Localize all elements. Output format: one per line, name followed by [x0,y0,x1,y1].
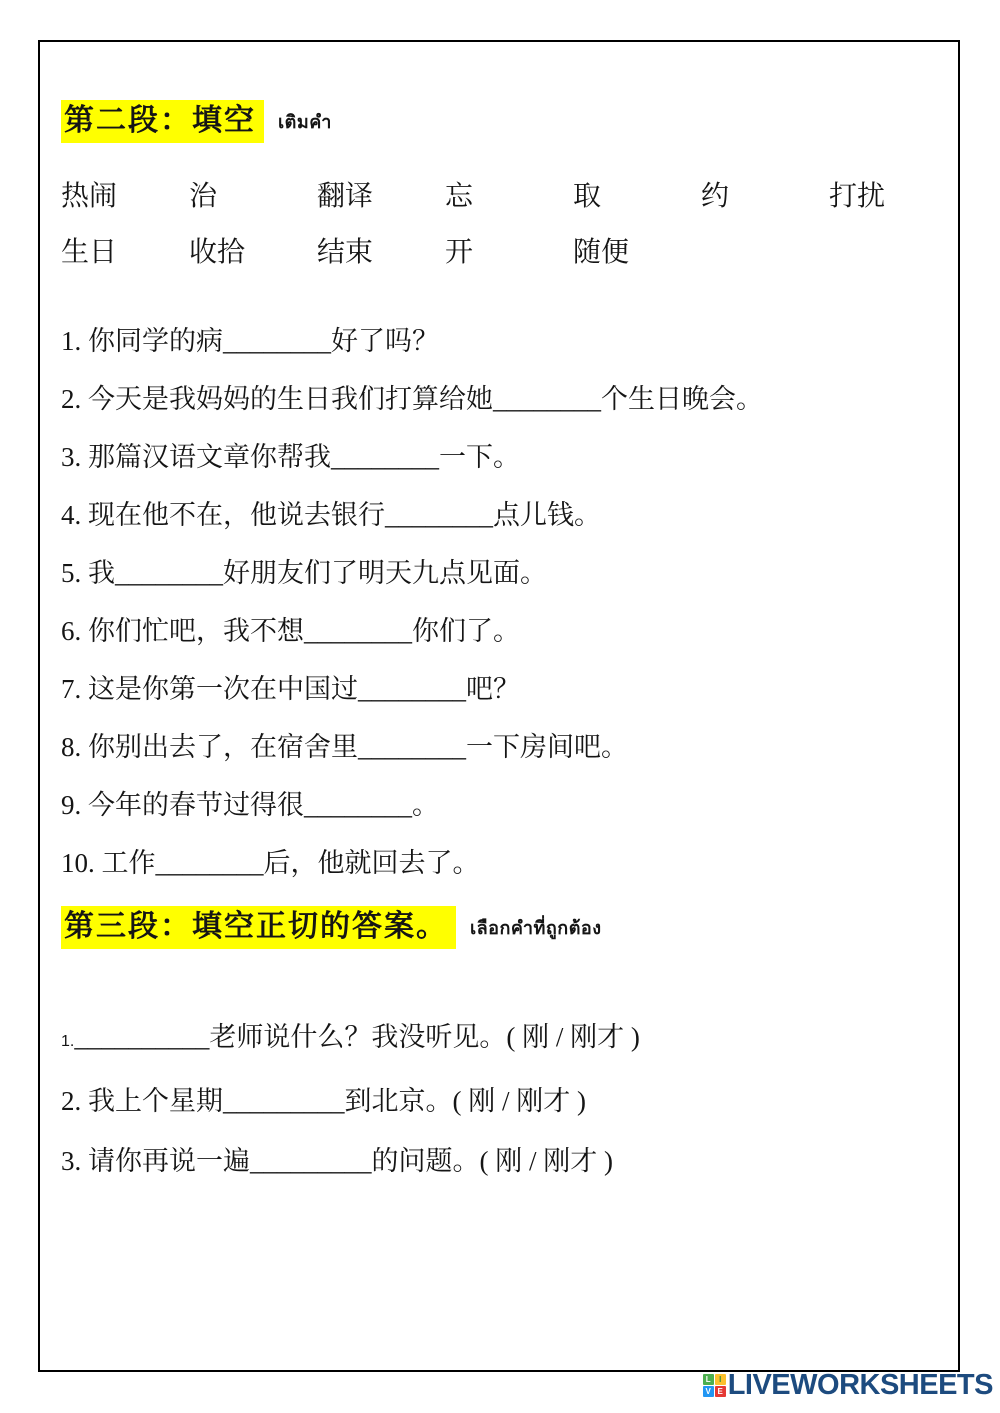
logo-square-l: L [703,1374,714,1385]
word-bank: 热闹 治 翻译 忘 取 约 打扰 生日 收拾 结束 开 随便 [61,169,940,281]
word-bank-item: 生日 [61,225,182,281]
question-line: 7. 这是你第一次在中国过________吧？ [61,673,940,706]
question-line: 9. 今年的春节过得很________。 [61,789,940,822]
question-text: 请你再说一遍_________的问题。( 刚 / 刚才 ) [81,1146,613,1176]
question-text: __________老师说什么？我没听见。( 刚 / 刚才 ) [74,1022,639,1052]
word-bank-item: 打扰 [829,169,885,225]
question-line: 1. 你同学的病________好了吗？ [61,325,940,358]
liveworksheets-logo: L I V E LIVEWORKSHEETS [703,1369,993,1402]
logo-square-v: V [703,1386,714,1397]
question-line: 6. 你们忙吧，我不想________你们了。 [61,615,940,648]
logo-square-i: I [715,1374,726,1385]
word-bank-item: 开 [445,225,566,281]
page-content: 第二段：填空 เติมคำ 热闹 治 翻译 忘 取 约 打扰 生日 收拾 结束 [40,42,958,1178]
section2-heading: 第二段：填空 [61,100,264,143]
question-line: 2. 今天是我妈妈的生日我们打算给她________个生日晚会。 [61,383,940,416]
logo-square-e: E [715,1386,726,1397]
question-line: 8. 你别出去了，在宿舍里________一下房间吧。 [61,731,940,764]
question-line: 10. 工作________后，他就回去了。 [61,847,940,880]
word-bank-item: 热闹 [61,169,182,225]
liveworksheets-logo-icon: L I V E [703,1374,726,1397]
question-line: 3. 那篇汉语文章你帮我________一下。 [61,441,940,474]
section3-heading: 第三段：填空正切的答案。 [61,906,456,949]
word-bank-item: 翻译 [317,169,438,225]
word-bank-item: 结束 [317,225,438,281]
question-number: 1. [61,1033,74,1050]
liveworksheets-logo-text: LIVEWORKSHEETS [728,1369,993,1402]
section3-heading-thai: เลือกคำที่ถูกต้อง [470,913,602,949]
question-line: 1.__________老师说什么？我没听见。( 刚 / 刚才 ) [61,1021,940,1058]
word-bank-item: 治 [189,169,310,225]
section2-heading-thai: เติมคำ [278,107,332,143]
section2-questions: 1. 你同学的病________好了吗？ 2. 今天是我妈妈的生日我们打算给她_… [61,325,940,880]
question-text: 我上个星期_________到北京。( 刚 / 刚才 ) [81,1086,586,1116]
section3-heading-row: 第三段：填空正切的答案。 เลือกคำที่ถูกต้อง [61,906,940,949]
worksheet-page: 第二段：填空 เติมคำ 热闹 治 翻译 忘 取 约 打扰 生日 收拾 结束 [0,0,1000,1413]
question-line: 4. 现在他不在，他说去银行________点儿钱。 [61,499,940,532]
question-line: 2. 我上个星期_________到北京。( 刚 / 刚才 ) [61,1085,940,1118]
word-bank-item: 收拾 [189,225,310,281]
page-frame: 第二段：填空 เติมคำ 热闹 治 翻译 忘 取 约 打扰 生日 收拾 结束 [38,40,960,1372]
question-number: 2. [61,1086,81,1116]
word-bank-item: 忘 [445,169,566,225]
word-bank-row-2: 生日 收拾 结束 开 随便 [61,225,940,281]
word-bank-item: 约 [701,169,822,225]
word-bank-item: 取 [573,169,694,225]
word-bank-row-1: 热闹 治 翻译 忘 取 约 打扰 [61,169,940,225]
question-line: 3. 请你再说一遍_________的问题。( 刚 / 刚才 ) [61,1145,940,1178]
section3-questions: 1.__________老师说什么？我没听见。( 刚 / 刚才 ) 2. 我上个… [61,1021,940,1178]
section2-heading-row: 第二段：填空 เติมคำ [61,100,940,143]
question-number: 3. [61,1146,81,1176]
question-line: 5. 我________好朋友们了明天九点见面。 [61,557,940,590]
word-bank-item: 随便 [573,225,629,281]
